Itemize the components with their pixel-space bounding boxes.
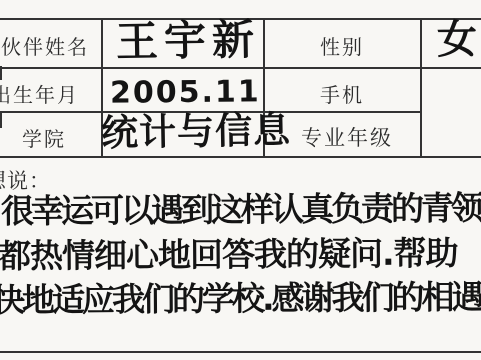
footer-rule: [0, 351, 481, 353]
field-label-partner-name: 伙伴姓名: [1, 31, 89, 60]
handwritten-college: 统计与信息: [101, 110, 292, 154]
table-row-divider-1: [0, 67, 481, 69]
table-border-bottom: [0, 156, 481, 158]
table-left-border-fragment: [0, 66, 2, 80]
field-label-gender: 性别: [320, 31, 364, 60]
field-label-phone: 手机: [320, 79, 364, 108]
handwritten-message-line: 都热情细心地回答我的疑问.帮助: [0, 235, 458, 275]
field-label-college: 学院: [22, 123, 66, 152]
handwritten-message-line: 很幸运可以遇到这样认真负责的青领: [1, 190, 481, 230]
table-left-border-fragment: [0, 112, 2, 128]
handwritten-partner-name: 王宇新: [116, 17, 261, 66]
scanned-form-page: 伙伴姓名 出生年月 学院 性别 手机 专业年级 王宇新 2005.11 统计与信…: [0, 0, 481, 360]
handwritten-message-line: 快地适应我们的学校.感谢我们的相遇: [0, 279, 481, 319]
field-label-birth-date: 出生年月: [0, 79, 79, 108]
field-label-major-grade: 专业年级: [301, 122, 393, 152]
table-column-divider-3: [420, 18, 422, 158]
handwritten-birth-date: 2005.11: [110, 75, 261, 109]
handwritten-gender: 女: [437, 18, 478, 63]
